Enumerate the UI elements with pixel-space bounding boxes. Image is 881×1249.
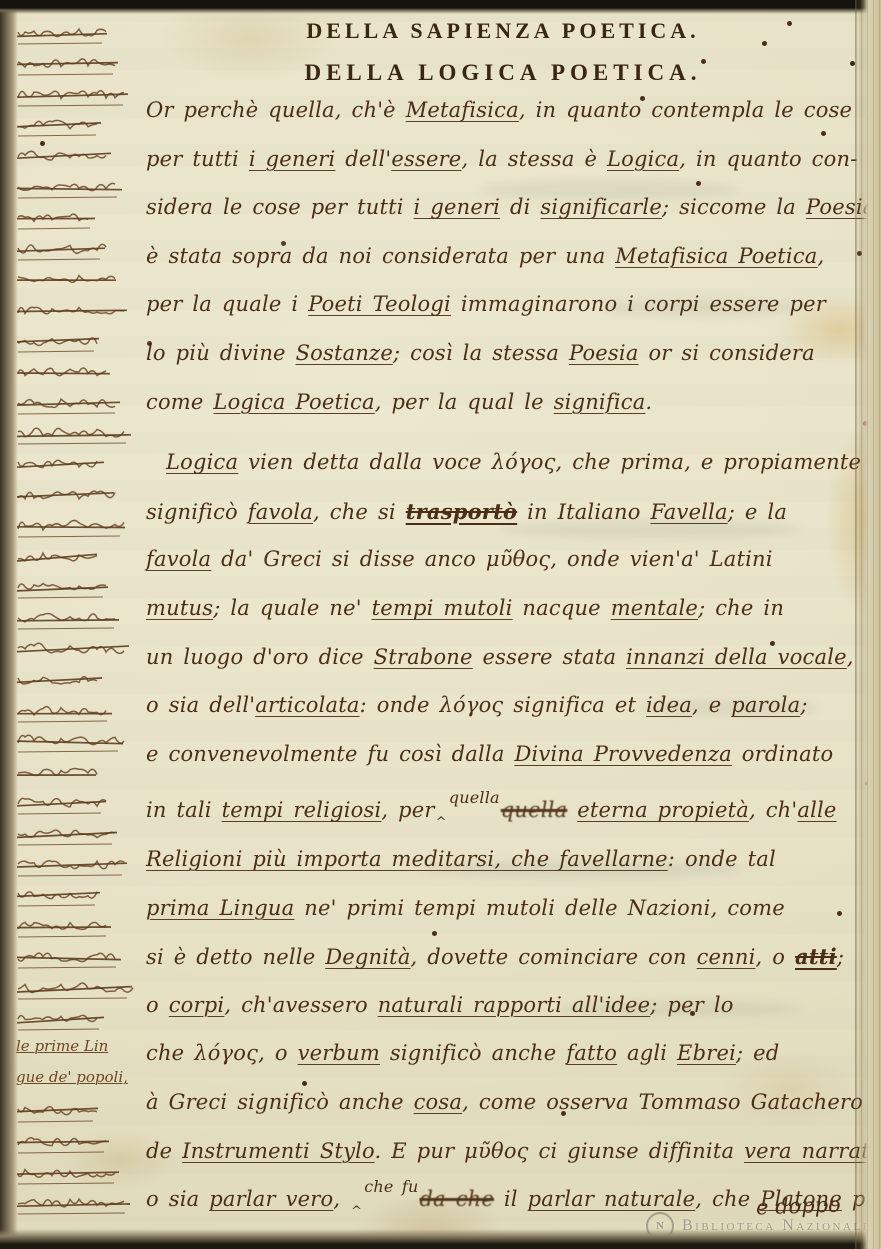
underlined-phrase: alle — [797, 798, 836, 822]
text-segment: ; e la — [728, 500, 787, 524]
text-segment: ; ed — [736, 1041, 779, 1065]
text-segment: sidera le cose per tutti — [146, 195, 414, 219]
manuscript-line: come Logica Poetica, per la qual le sign… — [146, 390, 652, 414]
margin-scribble — [16, 913, 138, 941]
underlined-phrase: Instrumenti Stylo — [182, 1139, 374, 1163]
marginal-note-struck — [16, 1129, 138, 1157]
underlined-phrase: Sostanze — [296, 341, 393, 365]
underlined-phrase: innanzi della vocale — [626, 645, 847, 669]
text-segment: , per la qual le — [375, 390, 554, 414]
marginal-note-struck — [16, 667, 138, 695]
margin-scribble — [16, 513, 138, 541]
marginal-note-struck — [16, 1098, 138, 1126]
text-segment: immaginarono i corpi essere per — [451, 292, 826, 316]
underlined-phrase: parlar vero — [209, 1187, 333, 1211]
struck-word: da che — [419, 1187, 494, 1211]
margin-scribble — [16, 1190, 138, 1218]
text-segment: . — [645, 390, 652, 414]
underlined-phrase: i generi — [414, 195, 501, 219]
manuscript-page: le prime Lingue de' popoli, DELLA SAPIEN… — [0, 0, 881, 1249]
book-gutter — [0, 0, 18, 1249]
underlined-phrase: significarle — [540, 195, 662, 219]
margin-scribble — [16, 236, 138, 264]
text-segment: ordinato — [732, 742, 833, 766]
text-segment: il — [494, 1187, 528, 1211]
manuscript-line: lo più divine Sostanze; così la stessa P… — [146, 341, 815, 365]
underlined-phrase: tempi mutoli — [372, 596, 513, 620]
margin-scribble — [16, 975, 138, 1003]
manuscript-line: in tali tempi religiosi, per^quellaquell… — [146, 798, 837, 830]
margin-scribble — [16, 143, 138, 171]
text-segment: in tali — [146, 798, 222, 822]
marginal-note-struck — [16, 759, 138, 787]
margin-scribble — [16, 266, 138, 294]
underlined-phrase: i generi — [249, 147, 336, 171]
text-segment: , ch'avessero — [224, 993, 377, 1017]
text-segment: per tutti — [146, 147, 249, 171]
underlined-phrase: significa — [554, 390, 646, 414]
text-segment: ; la quale ne' — [213, 596, 371, 620]
margin-scribble — [16, 1129, 138, 1157]
margin-scribble — [16, 574, 138, 602]
text-segment: , come osserva Tommaso Gatachero — [462, 1090, 863, 1114]
marginal-note-struck — [16, 882, 138, 910]
marginal-note-struck — [16, 112, 138, 140]
margin-scribble — [16, 1006, 138, 1034]
text-segment: si è detto nelle — [146, 945, 325, 969]
manuscript-line: de Instrumenti Stylo. E pur μῦθος ci giu… — [146, 1139, 870, 1163]
underlined-phrase: Divina Provvedenza — [514, 742, 731, 766]
underlined-phrase: corpi — [169, 993, 225, 1017]
text-segment: o sia — [146, 1187, 209, 1211]
underlined-phrase: favola — [248, 500, 313, 524]
margin-scribble — [16, 205, 138, 233]
marginal-note-text: gue de' popoli, — [16, 1068, 128, 1086]
underlined-phrase: mutus — [146, 596, 213, 620]
manuscript-line: un luogo d'oro dice Strabone essere stat… — [146, 645, 854, 669]
margin-scribble — [16, 698, 138, 726]
margin-scribble — [16, 174, 138, 202]
margin-scribble — [16, 821, 138, 849]
underlined-phrase: Metafisica Poetica — [615, 244, 817, 268]
text-segment: , dovette cominciare con — [411, 945, 697, 969]
marginalia-column: le prime Lingue de' popoli, — [16, 0, 142, 1249]
manuscript-line: per la quale i Poeti Teologi immaginaron… — [146, 292, 826, 316]
manuscript-line: prima Lingua ne' primi tempi mutoli dell… — [146, 896, 785, 920]
manuscript-line: Religioni più importa meditarsi, che fav… — [146, 847, 776, 871]
text-segment: , in quanto con- — [679, 147, 857, 171]
margin-scribble — [16, 420, 138, 448]
marginal-note-legible: le prime Lin — [16, 1036, 108, 1055]
underlined-phrase: Logica — [166, 450, 238, 474]
text-segment: ; — [837, 945, 844, 969]
text-segment: , che si — [313, 500, 406, 524]
marginal-note-struck — [16, 390, 138, 418]
text-segment: è stata sopra da noi considerata per una — [146, 244, 615, 268]
margin-scribble — [16, 605, 138, 633]
margin-scribble — [16, 20, 138, 48]
manuscript-line: Or perchè quella, ch'è Metafisica, in qu… — [146, 98, 852, 122]
marginal-note-struck — [16, 266, 138, 294]
margin-scribble — [16, 759, 138, 787]
underlined-phrase: favola — [146, 547, 211, 571]
underlined-phrase: mentale — [611, 596, 698, 620]
text-segment: significò — [146, 500, 248, 524]
margin-scribble — [16, 297, 138, 325]
manuscript-line: significò favola, che si trasportò in It… — [146, 499, 787, 524]
text-segment: ; — [800, 693, 807, 717]
text-segment: ; per lo — [650, 993, 733, 1017]
marginal-note-struck — [16, 328, 138, 356]
marginal-note-struck — [16, 82, 138, 110]
text-segment: ; che in — [698, 596, 784, 620]
text-segment: ; così la stessa — [393, 341, 569, 365]
text-segment: , che — [695, 1187, 760, 1211]
marginal-note-struck — [16, 636, 138, 664]
marginal-note-struck — [16, 1006, 138, 1034]
margin-scribble — [16, 667, 138, 695]
marginal-note-struck — [16, 574, 138, 602]
underlined-phrase: prima Lingua — [146, 896, 294, 920]
text-segment: trasportò — [406, 499, 517, 524]
text-segment: à Greci significò anche — [146, 1090, 414, 1114]
text-segment: , in quanto contempla le cose — [519, 98, 852, 122]
page-bottom-edge — [0, 1229, 881, 1249]
marginal-note-struck — [16, 513, 138, 541]
text-segment: atti — [795, 944, 837, 969]
underlined-phrase: vera narrat — [744, 1139, 870, 1163]
margin-scribble — [16, 328, 138, 356]
manuscript-line: che λόγος, o verbum significò anche fatt… — [146, 1041, 779, 1065]
margin-scribble — [16, 852, 138, 880]
text-segment — [567, 798, 577, 822]
manuscript-line: à Greci significò anche cosa, come osser… — [146, 1090, 863, 1114]
text-segment: essere stata — [473, 645, 626, 669]
underlined-phrase: Logica Poetica — [213, 390, 374, 414]
text-segment: ne' primi tempi mutoli delle Nazioni, co… — [294, 896, 784, 920]
underlined-phrase: Favella — [650, 500, 727, 524]
text-segment: Or perchè quella, ch'è — [146, 98, 406, 122]
marginal-note-struck — [16, 975, 138, 1003]
marginal-note-struck — [16, 852, 138, 880]
marginal-note-struck — [16, 544, 138, 572]
text-segment: ; siccome la — [662, 195, 806, 219]
underlined-phrase: Strabone — [374, 645, 473, 669]
text-segment: , e — [692, 693, 731, 717]
page-stack-edge — [855, 0, 881, 1249]
title-della-logica-poetica: DELLA LOGICA POETICA. — [150, 60, 856, 86]
marginal-note-struck — [16, 605, 138, 633]
title-della-sapienza-poetica: DELLA SAPIENZA POETICA. — [150, 18, 856, 44]
text-segment: un luogo d'oro dice — [146, 645, 374, 669]
margin-scribble — [16, 390, 138, 418]
inserted-word: quella — [449, 788, 500, 807]
margin-scribble — [16, 112, 138, 140]
caret-mark: ^ — [436, 815, 447, 830]
text-segment: o sia dell' — [146, 693, 255, 717]
marginal-note-struck — [16, 728, 138, 756]
marginal-note-struck — [16, 174, 138, 202]
manuscript-line: è stata sopra da noi considerata per una… — [146, 244, 824, 268]
manuscript-line: si è detto nelle Degnità, dovette cominc… — [146, 944, 844, 969]
text-segment: : onde tal — [668, 847, 776, 871]
manuscript-line: o corpi, ch'avessero naturali rapporti a… — [146, 993, 734, 1017]
text-segment: , — [847, 645, 854, 669]
underlined-phrase: parlar naturale — [528, 1187, 696, 1211]
margin-scribble — [16, 451, 138, 479]
underlined-phrase: essere — [391, 147, 461, 171]
text-segment: . E pur μῦθος ci giunse diffinita — [375, 1139, 745, 1163]
text-segment: , la stessa è — [461, 147, 607, 171]
marginal-note-struck — [16, 1190, 138, 1218]
manuscript-line: mutus; la quale ne' tempi mutoli nacque … — [146, 596, 784, 620]
margin-scribble — [16, 482, 138, 510]
underlined-phrase: naturali rapporti all'idee — [378, 993, 651, 1017]
text-segment: : onde λόγος significa et — [360, 693, 646, 717]
text-segment: agli — [617, 1041, 677, 1065]
underlined-phrase: tempi religiosi — [222, 798, 382, 822]
marginal-note-struck — [16, 482, 138, 510]
underlined-phrase: Ebrei — [677, 1041, 736, 1065]
margin-scribble — [16, 51, 138, 79]
underlined-phrase: cosa — [414, 1090, 463, 1114]
margin-scribble — [16, 82, 138, 110]
underlined-phrase: eterna propietà — [577, 798, 749, 822]
marginal-note-struck — [16, 205, 138, 233]
text-segment: , o — [756, 945, 795, 969]
underlined-phrase: Degnità — [325, 945, 410, 969]
margin-scribble — [16, 1160, 138, 1188]
text-segment: dell' — [335, 147, 391, 171]
text-segment: in Italiano — [517, 500, 650, 524]
struck-word: quella — [501, 798, 568, 822]
marginal-note-struck — [16, 698, 138, 726]
inserted-word: che fu — [364, 1177, 418, 1196]
underlined-phrase: Poeti Teologi — [308, 292, 451, 316]
marginal-note-struck — [16, 420, 138, 448]
text-segment: o — [146, 993, 169, 1017]
manuscript-line: favola da' Greci si disse anco μῦθος, on… — [146, 547, 773, 571]
marginal-note-struck — [16, 1160, 138, 1188]
underlined-phrase: verbum — [298, 1041, 380, 1065]
marginal-note-text: le prime Lin — [16, 1037, 108, 1055]
text-segment: come — [146, 390, 213, 414]
marginal-note-struck — [16, 236, 138, 264]
margin-scribble — [16, 944, 138, 972]
marginal-note-legible: gue de' popoli, — [16, 1067, 128, 1086]
text-segment: per la quale i — [146, 292, 308, 316]
marginal-note-struck — [16, 143, 138, 171]
manuscript-line: Logica vien detta dalla voce λόγος, che … — [166, 450, 861, 474]
underlined-phrase: articolata — [255, 693, 359, 717]
text-segment: di — [500, 195, 540, 219]
margin-scribble — [16, 1098, 138, 1126]
text-segment: , ch' — [749, 798, 797, 822]
underlined-phrase: idea — [646, 693, 692, 717]
margin-scribble — [16, 728, 138, 756]
marginal-note-struck — [16, 821, 138, 849]
manuscript-line: per tutti i generi dell'essere, la stess… — [146, 147, 858, 171]
text-segment: , — [333, 1187, 350, 1211]
margin-scribble — [16, 544, 138, 572]
marginal-note-struck — [16, 790, 138, 818]
marginal-note-struck — [16, 944, 138, 972]
text-segment: lo più divine — [146, 341, 296, 365]
underlined-phrase: Metafisica — [406, 98, 519, 122]
text-segment: vien detta dalla voce λόγος, che prima, … — [238, 450, 861, 474]
manuscript-line: e convenevolmente fu così dalla Divina P… — [146, 742, 833, 766]
margin-scribble — [16, 882, 138, 910]
marginal-note-struck — [16, 359, 138, 387]
margin-scribble — [16, 636, 138, 664]
margin-scribble — [16, 359, 138, 387]
marginal-note-struck — [16, 51, 138, 79]
underlined-phrase: cenni — [697, 945, 756, 969]
page-top-edge — [0, 0, 881, 14]
manuscript-line: sidera le cose per tutti i generi di sig… — [146, 195, 875, 219]
text-segment: e convenevolmente fu così dalla — [146, 742, 514, 766]
text-segment: da' Greci si disse anco μῦθος, onde vien… — [211, 547, 772, 571]
margin-scribble — [16, 790, 138, 818]
underlined-phrase: Religioni più importa meditarsi, che fav… — [146, 847, 668, 871]
marginal-note-struck — [16, 297, 138, 325]
text-segment: or si considera — [639, 341, 815, 365]
text-segment: nacque — [513, 596, 611, 620]
marginal-note-struck — [16, 451, 138, 479]
underlined-phrase: fatto — [566, 1041, 617, 1065]
text-segment: significò anche — [380, 1041, 566, 1065]
marginal-note-struck — [16, 20, 138, 48]
underlined-phrase: Logica — [607, 147, 679, 171]
underlined-phrase: Poesia — [569, 341, 639, 365]
marginal-note-struck — [16, 913, 138, 941]
caret-mark: ^ — [351, 1204, 362, 1219]
text-segment: de — [146, 1139, 182, 1163]
text-segment: , — [818, 244, 825, 268]
text-segment: che λόγος, o — [146, 1041, 298, 1065]
underlined-phrase: parola — [731, 693, 800, 717]
manuscript-line: o sia dell'articolata: onde λόγος signif… — [146, 693, 808, 717]
text-segment: , per — [381, 798, 434, 822]
